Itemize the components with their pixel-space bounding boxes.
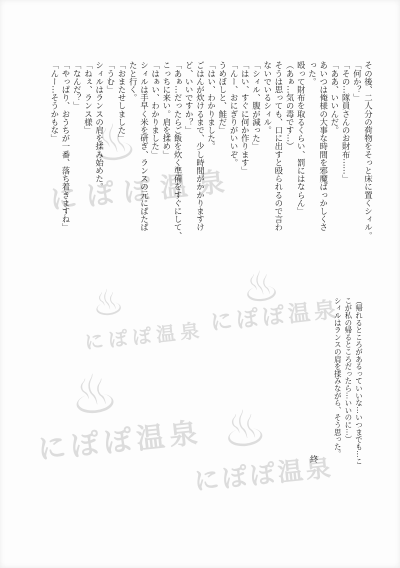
text-column: （あぁ…気の毒です…）: [284, 61, 295, 256]
watermark-text: にぽぽ温泉: [36, 411, 204, 468]
onsen-icon: ♨: [90, 284, 126, 323]
text-column: シィルはランスの肩を揉みながら、そう思った。: [332, 297, 343, 467]
text-column: その後、二人分の荷物をそっと床に置くシィル。: [363, 61, 374, 256]
text-column: ど、いいですか？」: [184, 61, 195, 256]
text-column: 「うむ」: [105, 61, 116, 256]
text-column: 「はぁい、わかりました」: [150, 61, 161, 256]
text-column: 「ねぇ、ランス様」: [83, 61, 94, 256]
text-column: 「その…隊員さんのお財布……」: [340, 61, 351, 256]
text-column: うめぼしと、鮭だ」: [217, 61, 228, 256]
text-column: 「んー…そうかもな」: [49, 61, 60, 256]
text-column: 「何か？」: [352, 61, 363, 256]
text-column: シィルは手早く米を研ぎ、ランスの元にぱたぱ: [139, 61, 150, 256]
text-column: ごはんが炊けるまで、少し時間がかかりますけ: [195, 61, 206, 256]
closing-text-block: （帰れるところがあるっていいな…いつまでも…こ こが私の帰るところだったら…いい…: [332, 297, 364, 467]
text-column: 殴って財布を取るくらい、罰にはならん」: [296, 61, 307, 256]
text-column: 「シィル、腹が減った」: [251, 61, 262, 256]
text-column: ないでいるシィル。: [262, 61, 273, 256]
text-column: たと行く。: [128, 61, 139, 256]
text-column: あいつは俺様の大事な時間を邪魔ばっかしくさ: [318, 61, 329, 256]
text-column: 「はい、わかりました。: [206, 61, 217, 256]
text-column: シィルはランスの肩を揉み始めた。: [94, 61, 105, 256]
text-column: 「おまたせしました」: [116, 61, 127, 256]
text-column: こっちに来い。肩を揉め」: [161, 61, 172, 256]
text-column: 「あぁ…だったらご飯を炊く準備をすぐにして、: [172, 61, 183, 256]
watermark-text: にぽぽ温泉: [209, 293, 342, 337]
text-column: 「はい、すぐに何か作ります」: [240, 61, 251, 256]
text-column: （帰れるところがあるっていいな…いつまでも…こ: [353, 297, 364, 467]
text-column: そうは思っても、口に出すと殴られるので言わ: [273, 61, 284, 256]
onsen-icon: ♨: [67, 366, 121, 425]
story-text-block: その後、二人分の荷物をそっと床に置くシィル。 「何か？」 「その…隊員さんのお財…: [49, 61, 374, 256]
text-column: 「やっぱり、おうちが一番、落ち着きますね」: [60, 61, 71, 256]
text-column: った。: [307, 61, 318, 256]
text-column: 「なんだ？」: [72, 61, 83, 256]
text-column: 「ああ、いいんだ。: [329, 61, 340, 256]
text-column: 「んー、おにぎりがいいぞ。: [228, 61, 239, 256]
text-column: こが私の帰るところだったら…いいのに…）: [343, 297, 354, 467]
end-mark: 終: [310, 456, 318, 464]
onsen-icon: ♨: [220, 402, 270, 456]
